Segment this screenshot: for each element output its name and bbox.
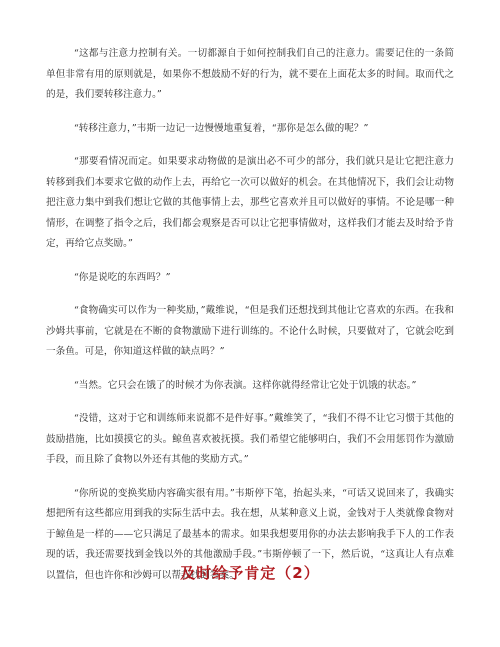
paragraph-food-reward: “食物确实可以作为一种奖励，”戴维说，“但是我们还想找到其他让它喜欢的东西。在我…	[46, 301, 454, 363]
section-heading: 及时给予肯定（2）	[0, 562, 500, 583]
paragraph-hunger-answer: “当然。它只会在饿了的时候才为你表演。这样你就得经常让它处于饥饿的状态。”	[46, 376, 454, 397]
document-body: “这都与注意力控制有关。一切都源自于如何控制我们自己的注意力。需要记住的一条简单…	[46, 44, 454, 599]
paragraph-food-question: “你是说吃的东西吗？”	[46, 268, 454, 289]
paragraph-depends-on-situation: “那要看情况而定。如果要求动物做的是演出必不可少的部分，我们就只是让它把注意力转…	[46, 152, 454, 255]
paragraph-shift-attention-question: “转移注意力，”韦斯一边记一边慢慢地重复着，“那你是怎么做的呢？”	[46, 119, 454, 140]
paragraph-other-rewards: “没错，这对于它和训练师来说都不是件好事。”戴维笑了，“我们不得不让它习惯于其他…	[46, 409, 454, 471]
paragraph-attention-control: “这都与注意力控制有关。一切都源自于如何控制我们自己的注意力。需要记住的一条简单…	[46, 44, 454, 106]
